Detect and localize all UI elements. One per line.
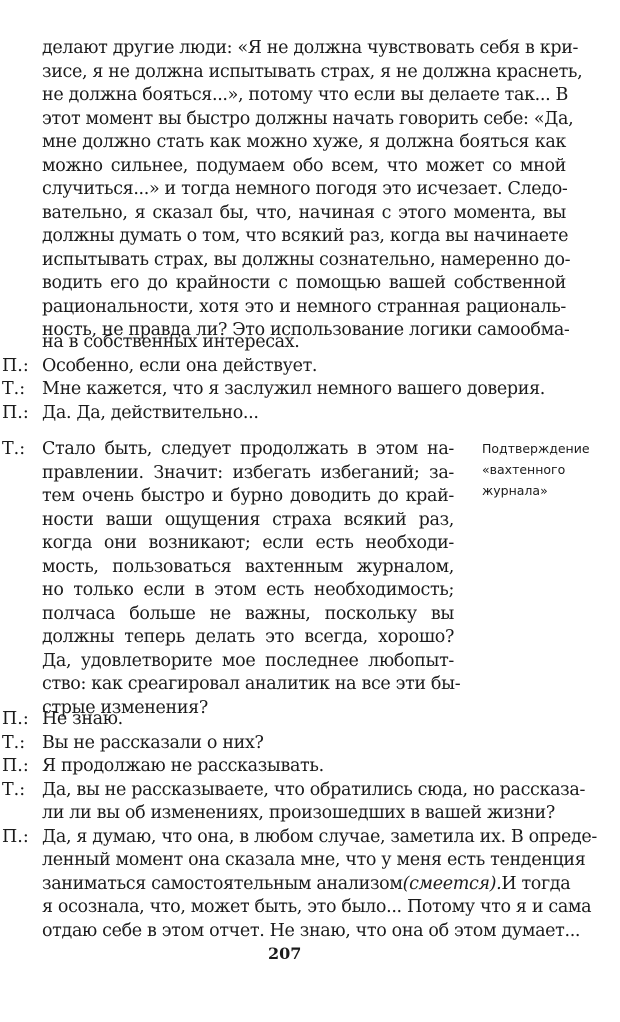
text-line: Да. Да, действительно... — [42, 402, 259, 426]
text-line: Мне кажется, что я заслужил немного ваше… — [42, 378, 545, 402]
text-line: вательно, я сказал бы, что, начиная с эт… — [42, 202, 566, 226]
page-number: 207 — [268, 944, 301, 963]
text-line: ство: как среагировал аналитик на все эт… — [42, 673, 454, 697]
text-line: я осознала, что, может быть, это было...… — [42, 896, 566, 920]
stage-direction: (смеется). — [403, 873, 502, 897]
text-line: когда они возникают; если есть необходи- — [42, 532, 454, 556]
text-line: Да, удовлетворите мое последнее любопыт- — [42, 650, 454, 674]
text-segment: И тогда — [501, 873, 570, 897]
text-line: Не знаю. — [42, 708, 123, 732]
text-line: тем очень быстро и бурно доводить до кра… — [42, 485, 454, 509]
text-segment: заниматься самостоятельным анализом — [42, 873, 403, 897]
speaker-label: Т.: — [2, 378, 25, 402]
speaker-label: Т.: — [2, 732, 25, 756]
text-line: полчаса больше не важны, поскольку вы — [42, 603, 454, 627]
text-line: Я продолжаю не рассказывать. — [42, 755, 324, 779]
text-line: ленный момент она сказала мне, что у мен… — [42, 849, 566, 873]
text-line: мость, пользоваться вахтенным журналом, — [42, 556, 454, 580]
margin-note-line: Подтверждение — [482, 438, 620, 459]
margin-note-line: журнала» — [482, 480, 620, 501]
text-line: правлении. Значит: избегать избеганий; з… — [42, 462, 454, 486]
text-line: этот момент вы быстро должны начать гово… — [42, 108, 566, 132]
text-line: можно сильнее, подумаем обо всем, что мо… — [42, 155, 566, 179]
text-line: Да, вы не рассказываете, что обратились … — [42, 779, 566, 803]
text-line: зисе, я не должна испытывать страх, я не… — [42, 61, 566, 85]
text-line: водить его до крайности с помощью вашей … — [42, 272, 566, 296]
speaker-label: Т.: — [2, 779, 25, 803]
speaker-label: П.: — [2, 708, 29, 732]
text-line: испытывать страх, вы должны сознательно,… — [42, 249, 566, 273]
text-line: ли ли вы об изменениях, произошедших в в… — [42, 802, 555, 826]
speaker-label: П.: — [2, 402, 29, 426]
text-line: Вы не рассказали о них? — [42, 732, 264, 756]
speaker-label: П.: — [2, 755, 29, 779]
text-line: Особенно, если она действует. — [42, 355, 317, 379]
speaker-label: П.: — [2, 355, 29, 379]
text-line: мне должно стать как можно хуже, я должн… — [42, 131, 566, 155]
margin-note: Подтверждение «вахтенного журнала» — [482, 438, 620, 501]
text-line: рациональности, хотя это и немного стран… — [42, 296, 566, 320]
text-line: Стало быть, следует продолжать в этом на… — [42, 438, 454, 462]
margin-note-line: «вахтенного — [482, 459, 620, 480]
text-line: делают другие люди: «Я не должна чувство… — [42, 37, 566, 61]
text-line: не должна бояться...», потому что если в… — [42, 84, 566, 108]
text-line: Да, я думаю, что она, в любом случае, за… — [42, 826, 566, 850]
speaker-label: Т.: — [2, 438, 25, 462]
text-line: должны теперь делать это всегда, хорошо? — [42, 626, 454, 650]
text-line: случиться...» и тогда немного погодя это… — [42, 178, 566, 202]
text-line: но только если в этом есть необходимость… — [42, 579, 454, 603]
text-line: на в собственных интересах. — [42, 331, 299, 355]
text-line: отдаю себе в этом отчет. Не знаю, что он… — [42, 920, 580, 944]
text-line: заниматься самостоятельным анализом (сме… — [42, 873, 566, 897]
text-line: должны думать о том, что всякий раз, ког… — [42, 225, 566, 249]
text-line: ности ваши ощущения страха всякий раз, — [42, 509, 454, 533]
speaker-label: П.: — [2, 826, 29, 850]
book-page: делают другие люди: «Я не должна чувство… — [0, 0, 620, 1022]
